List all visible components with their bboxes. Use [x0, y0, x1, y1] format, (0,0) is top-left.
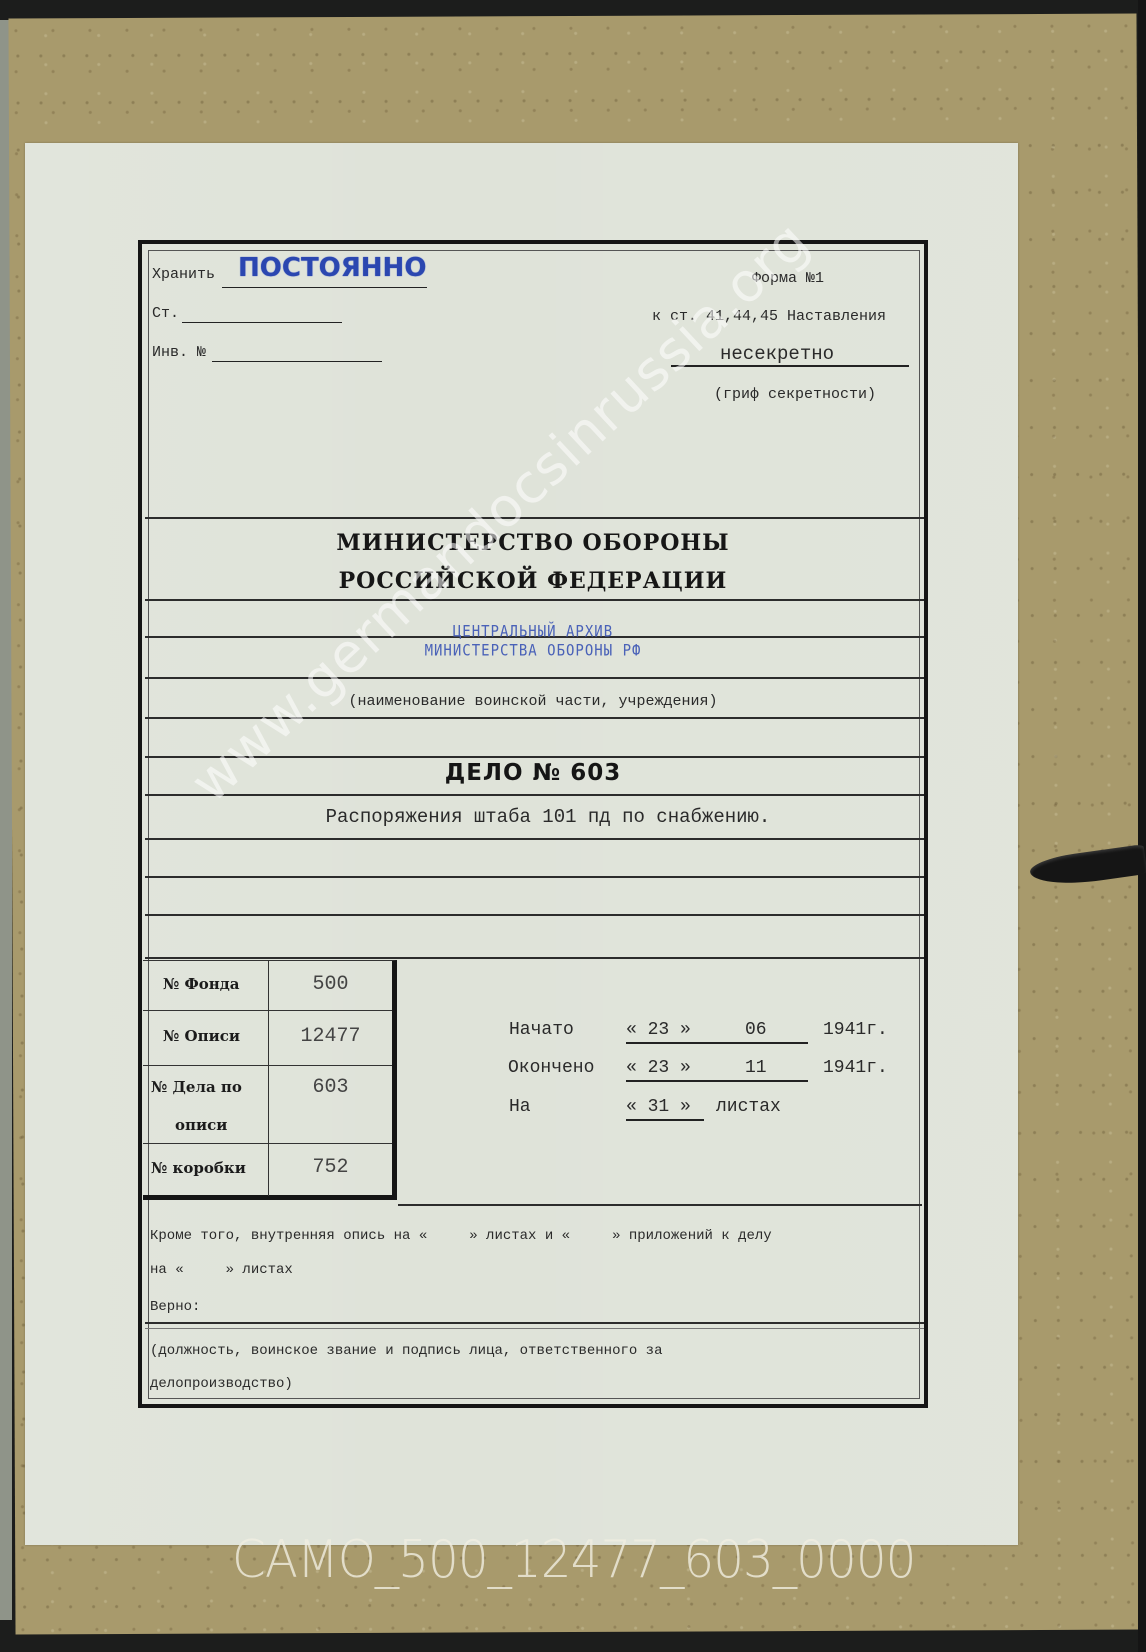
delo-label: № Дела по описи	[143, 1066, 269, 1143]
table-row: № Фонда 500	[143, 961, 392, 1011]
opis-value: 12477	[269, 1011, 392, 1065]
responsible-line-1: (должность, воинское звание и подпись ли…	[150, 1343, 662, 1359]
delo-value: 603	[269, 1066, 392, 1143]
rule	[398, 1204, 922, 1206]
inv-label: Инв. №	[152, 344, 206, 361]
started-underline	[626, 1042, 808, 1044]
secrecy-value: несекретно	[720, 343, 834, 365]
started-month: 06	[745, 1020, 767, 1040]
st-field	[182, 322, 342, 323]
ministry-line-1: МИНИСТЕРСТВО ОБОРОНЫ	[138, 530, 928, 556]
rule	[145, 599, 924, 601]
rule	[145, 794, 924, 796]
sheets-label: На	[509, 1097, 531, 1117]
table-row: № Описи 12477	[143, 1011, 392, 1066]
storage-underline	[222, 287, 427, 288]
inventory-line-2: на « » листах	[150, 1262, 293, 1278]
rule	[145, 876, 924, 878]
archive-stamp-line-2: МИНИСТЕРСТВА ОБОРОНЫ РФ	[138, 642, 928, 660]
st-label: Ст.	[152, 305, 179, 322]
archive-stamp-line-1: ЦЕНТРАЛЬНЫЙ АРХИВ	[138, 623, 928, 641]
storage-label: Хранить	[152, 266, 215, 283]
started-label: Начато	[509, 1020, 574, 1040]
archive-reference-table: № Фонда 500 № Описи 12477 № Дела по опис…	[143, 960, 397, 1200]
scanner-edge-right	[1138, 0, 1146, 1652]
image-code: CAMO_500_12477_603_0000	[232, 1530, 915, 1590]
secrecy-caption: (гриф секретности)	[714, 386, 876, 403]
table-row: № коробки 752	[143, 1144, 392, 1196]
ended-year: 1941г.	[823, 1058, 888, 1078]
rule	[145, 677, 924, 679]
ended-label: Окончено	[508, 1058, 594, 1078]
sheets-value: « 31 »	[626, 1097, 691, 1117]
storage-stamp: ПОСТОЯННО	[238, 253, 426, 283]
fond-value: 500	[269, 961, 392, 1010]
fond-label: № Фонда	[143, 961, 269, 1010]
ended-month: 11	[745, 1058, 767, 1078]
started-day: « 23 »	[626, 1020, 691, 1040]
inv-field	[212, 361, 382, 362]
responsible-line-2: делопроизводство)	[150, 1376, 293, 1392]
started-year: 1941г.	[823, 1020, 888, 1040]
rule	[145, 957, 924, 959]
box-value: 752	[269, 1144, 392, 1196]
rule	[145, 1328, 924, 1329]
ended-day: « 23 »	[626, 1058, 691, 1078]
sheets-underline	[626, 1119, 704, 1121]
rule	[145, 838, 924, 840]
rule	[145, 914, 924, 916]
sheets-suffix: листах	[716, 1097, 781, 1117]
certified-label: Верно:	[150, 1299, 200, 1315]
opis-label: № Описи	[143, 1011, 269, 1065]
table-row: № Дела по описи 603	[143, 1066, 392, 1144]
ministry-line-2: РОССИЙСКОЙ ФЕДЕРАЦИИ	[138, 568, 928, 594]
ended-underline	[626, 1080, 808, 1082]
inventory-line-1: Кроме того, внутренняя опись на « » лист…	[150, 1228, 772, 1244]
box-label: № коробки	[143, 1144, 269, 1196]
secrecy-underline	[671, 365, 909, 367]
case-description: Распоряжения штаба 101 пд по снабжению.	[138, 806, 958, 828]
rule	[145, 1322, 924, 1324]
